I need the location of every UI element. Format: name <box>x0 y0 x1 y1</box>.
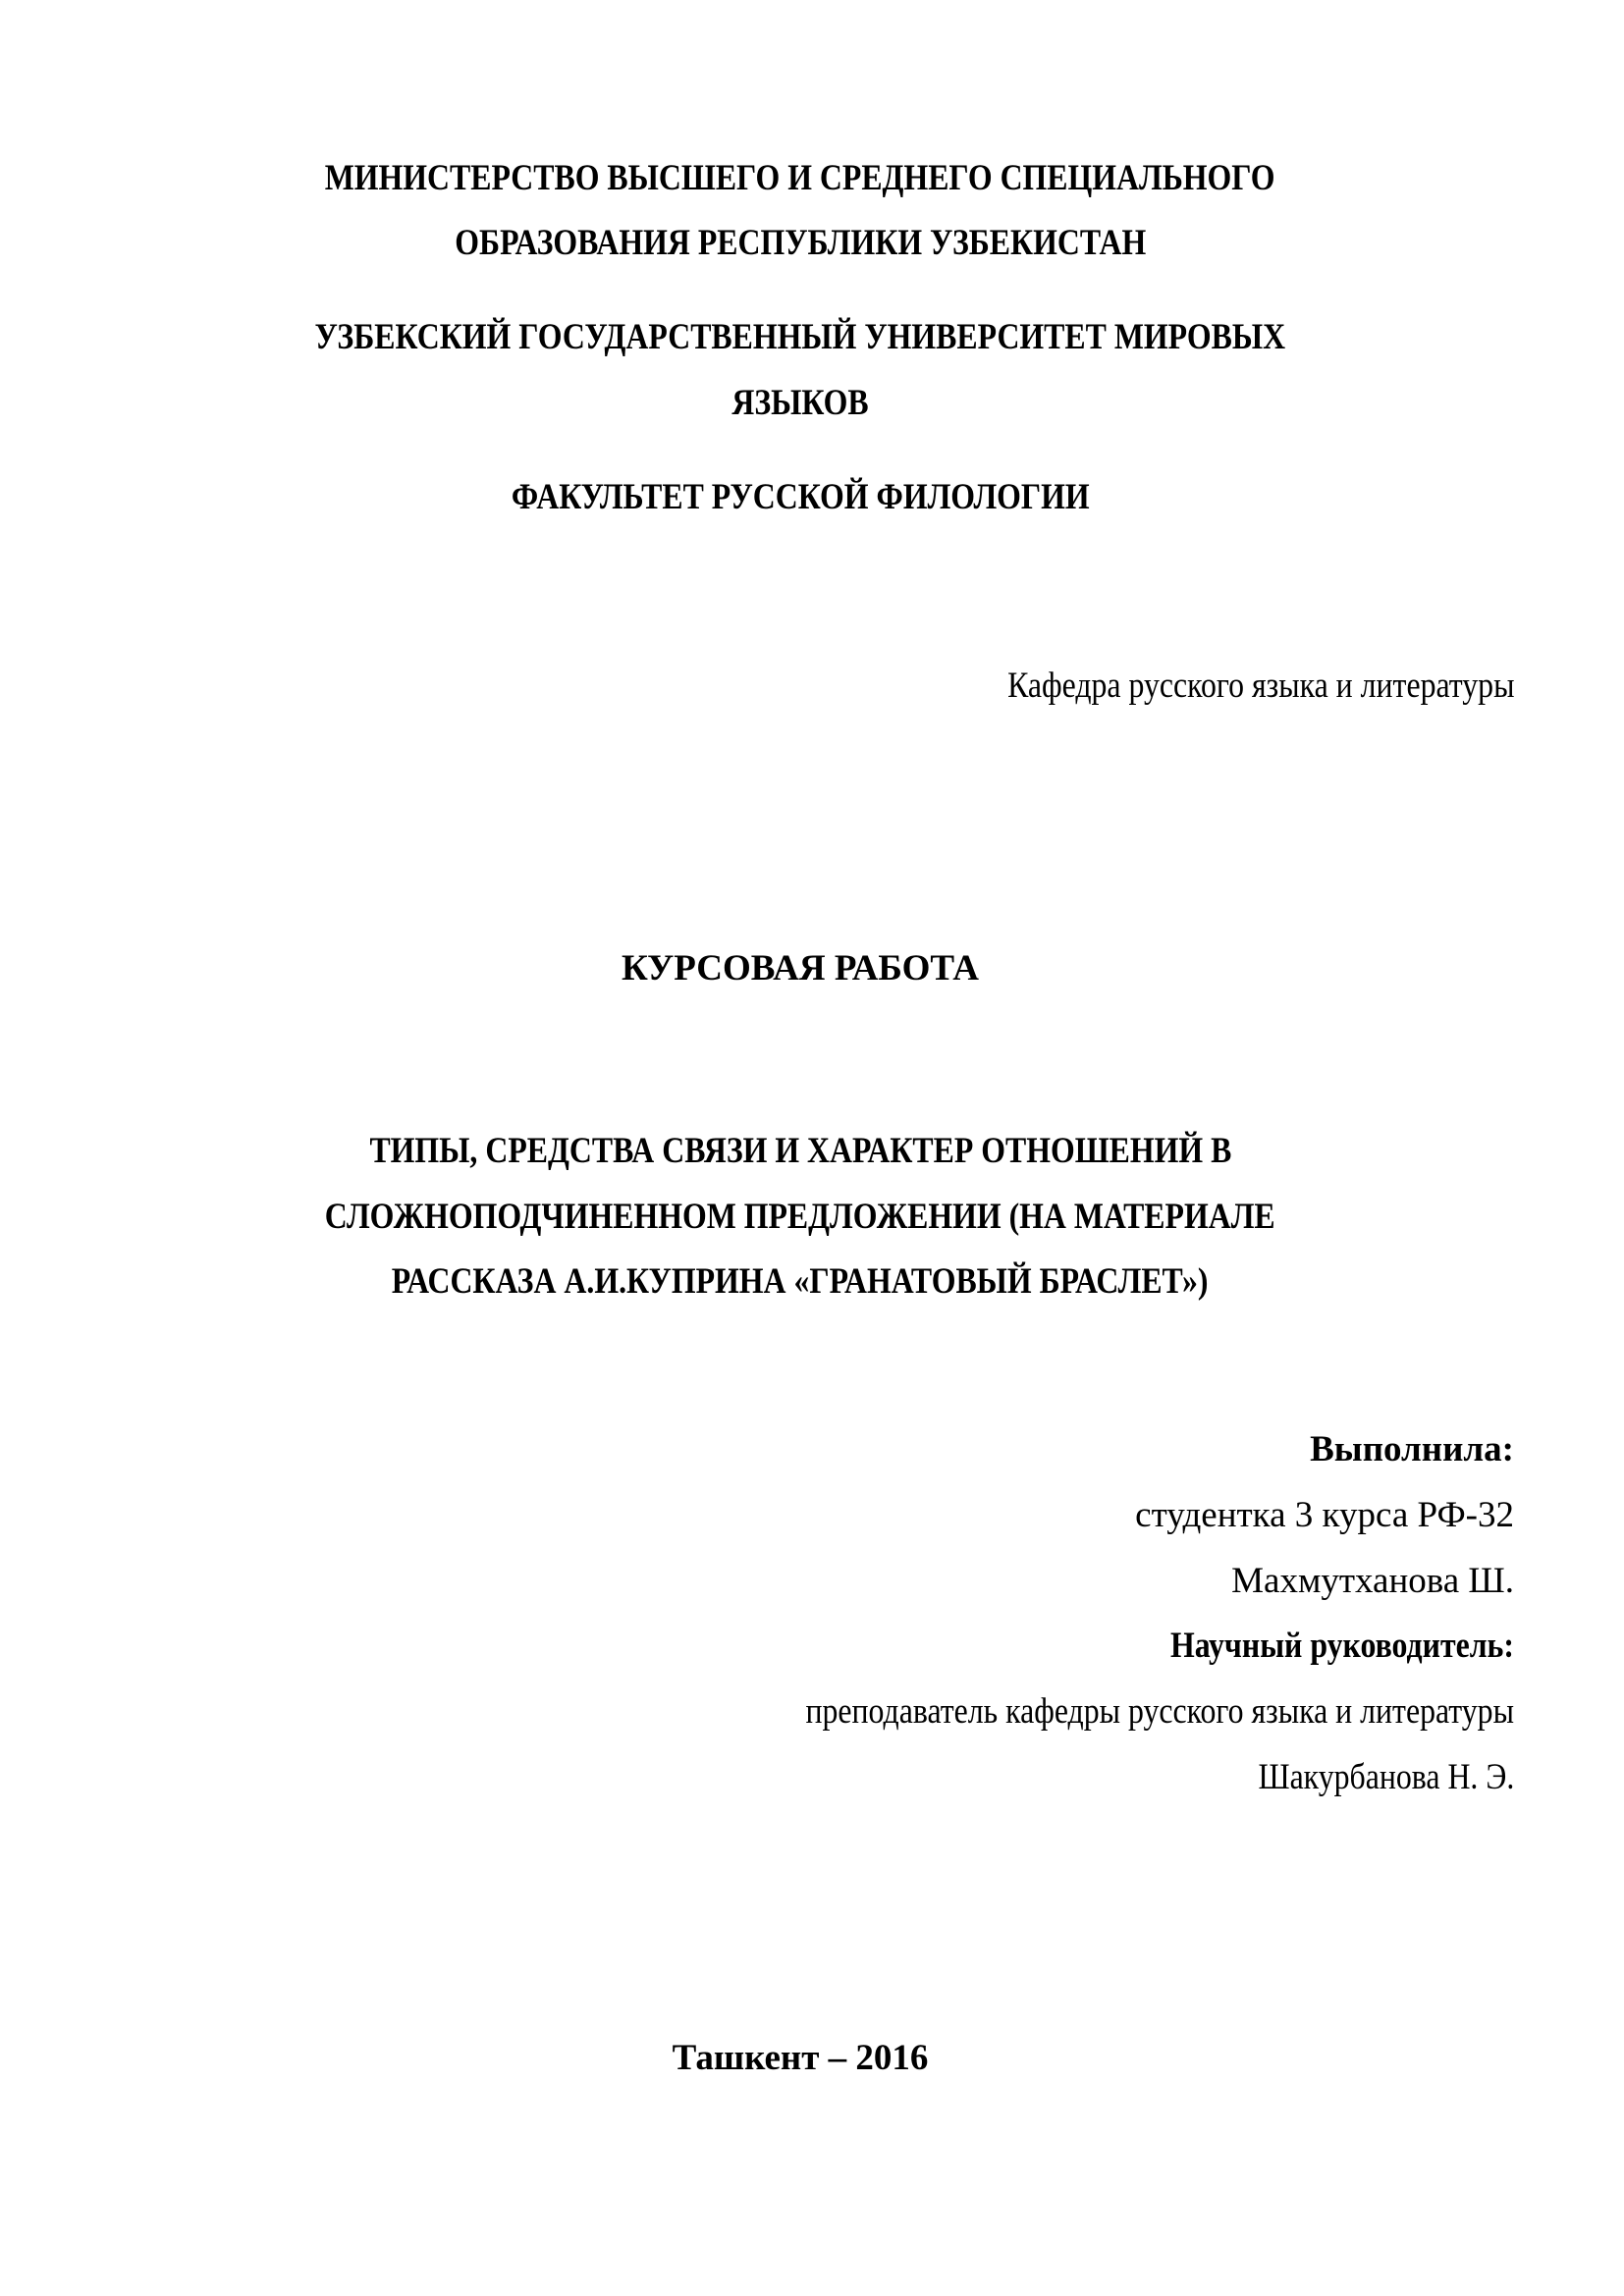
ministry-heading-line-2: ОБРАЗОВАНИЯ РЕСПУБЛИКИ УЗБЕКИСТАН <box>0 225 1612 261</box>
ministry-heading-line-1: МИНИСТЕРСТВО ВЫСШЕГО И СРЕДНЕГО СПЕЦИАЛЬ… <box>0 160 1612 196</box>
work-type-heading: КУРСОВАЯ РАБОТА <box>0 950 1612 987</box>
work-title-line-3: РАССКАЗА А.И.КУПРИНА «ГРАНАТОВЫЙ БРАСЛЕТ… <box>0 1263 1612 1300</box>
faculty-heading: ФАКУЛЬТЕТ РУССКОЙ ФИЛОЛОГИИ <box>0 479 1612 515</box>
supervisor-position: преподаватель кафедры русского языка и л… <box>690 1693 1514 1730</box>
work-title-line-2: СЛОЖНОПОДЧИНЕННОМ ПРЕДЛОЖЕНИИ (НА МАТЕРИ… <box>0 1199 1612 1235</box>
author-name: Махмутханова Ш. <box>1231 1563 1514 1599</box>
university-heading-line-1: УЗБЕКСКИЙ ГОСУДАРСТВЕННЫЙ УНИВЕРСИТЕТ МИ… <box>0 319 1612 355</box>
supervisor-label: Научный руководитель: <box>1114 1628 1514 1664</box>
work-title-line-1: ТИПЫ, СРЕДСТВА СВЯЗИ И ХАРАКТЕР ОТНОШЕНИ… <box>0 1133 1612 1169</box>
author-position: студентка 3 курса РФ-32 <box>1135 1497 1514 1533</box>
city-year-footer: Ташкент – 2016 <box>0 2040 1612 2076</box>
supervisor-name: Шакурбанова Н. Э. <box>1217 1759 1514 1795</box>
university-heading-line-2: ЯЗЫКОВ <box>0 385 1612 421</box>
document-page: МИНИСТЕРСТВО ВЫСШЕГО И СРЕДНЕГО СПЕЦИАЛЬ… <box>0 0 1624 2296</box>
department-label: Кафедра русского языка и литературы <box>925 667 1514 704</box>
author-label: Выполнила: <box>1310 1431 1514 1468</box>
